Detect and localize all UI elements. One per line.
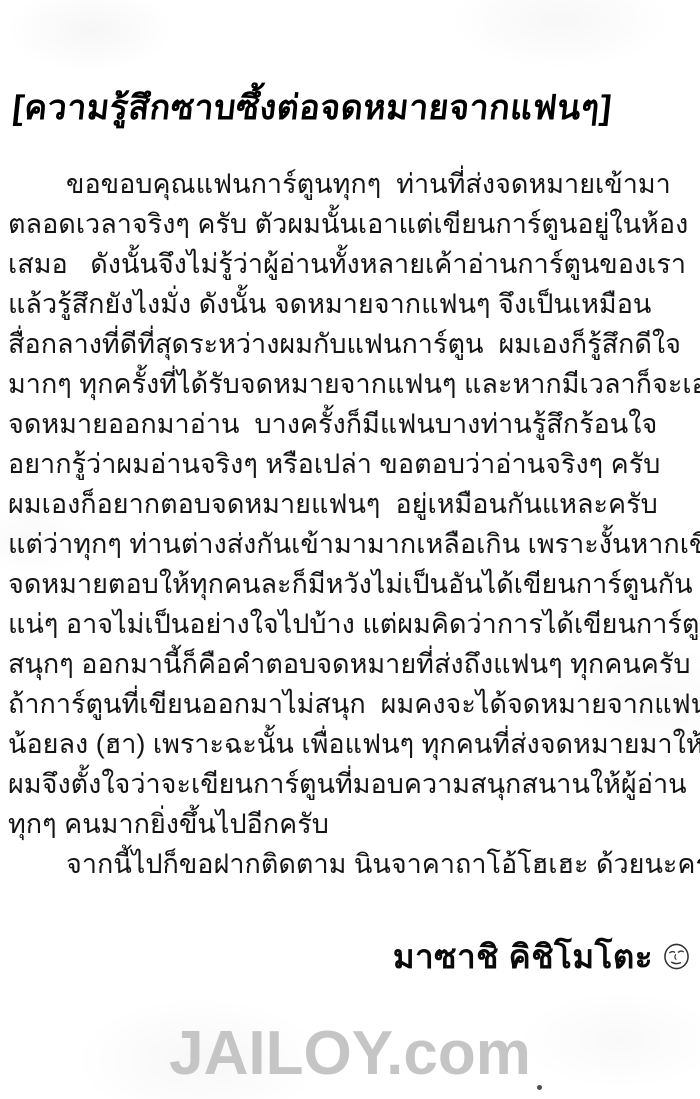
letter-line: ถ้าการ์ตูนที่เขียนออกมาไม่สนุก ผมคงจะได้… [8, 684, 696, 724]
letter-line: ขอขอบคุณแฟนการ์ตูนทุกๆ ท่านที่ส่งจดหมายเ… [8, 164, 696, 204]
signature: มาซาชิ คิชิโมโตะ [393, 930, 690, 983]
letter-line: ตลอดเวลาจริงๆ ครับ ตัวผมนั้นเอาแต่เขียนก… [8, 204, 696, 244]
letter-line: แต่ว่าทุกๆ ท่านต่างส่งกันเข้ามามากเหลือเ… [8, 524, 696, 564]
signature-name: มาซาชิ คิชิโมโตะ [393, 930, 653, 983]
letter-line: จดหมายออกมาอ่าน บางครั้งก็มีแฟนบางท่านรู… [8, 404, 696, 444]
letter-line: เสมอ ดังนั้นจึงไม่รู้ว่าผู้อ่านทั้งหลายเ… [8, 244, 696, 284]
letter-line: น้อยลง (ฮา) เพราะฉะนั้น เพื่อแฟนๆ ทุกคนท… [8, 724, 696, 764]
letter-line: แล้วรู้สึกยังไงมั่ง ดังนั้น จดหมายจากแฟน… [8, 284, 696, 324]
page-title: [ความรู้สึกซาบซึ้งต่อจดหมายจากแฟนๆ] [10, 80, 696, 134]
watermark: JAILOY.com [0, 1018, 700, 1089]
letter-line: ผมเองก็อยากตอบจดหมายแฟนๆ อยู่เหมือนกันแห… [8, 484, 696, 524]
letter-line: มากๆ ทุกครั้งที่ได้รับจดหมายจากแฟนๆ และห… [8, 364, 696, 404]
letter-line: ผมจึงตั้งใจว่าจะเขียนการ์ตูนที่มอบความสน… [8, 764, 696, 804]
letter-line: สื่อกลางที่ดีที่สุดระหว่างผมกับแฟนการ์ตู… [8, 324, 696, 364]
scan-speck [537, 1085, 542, 1090]
letter-line: อยากรู้ว่าผมอ่านจริงๆ หรือเปล่า ขอตอบว่า… [8, 444, 696, 484]
scanned-page: { "letter": { "title": "[ความรู้สึกซาบซึ… [0, 0, 700, 1099]
letter-line: แน่ๆ อาจไม่เป็นอย่างใจไปบ้าง แต่ผมคิดว่า… [8, 604, 696, 644]
letter-line: จากนี้ไปก็ขอฝากติดตาม นินจาคาถาโอ้โฮเฮะ … [8, 844, 696, 884]
smiley-face-icon [663, 943, 690, 970]
letter-line: สนุกๆ ออกมานี้ก็คือคำตอบจดหมายที่ส่งถึงแ… [8, 644, 696, 684]
letter-line: ทุกๆ คนมากยิ่งขึ้นไปอีกครับ [8, 804, 696, 844]
letter-line: จดหมายตอบให้ทุกคนละก็มีหวังไม่เป็นอันได้… [8, 564, 696, 604]
letter-body: ขอขอบคุณแฟนการ์ตูนทุกๆ ท่านที่ส่งจดหมายเ… [8, 164, 696, 884]
